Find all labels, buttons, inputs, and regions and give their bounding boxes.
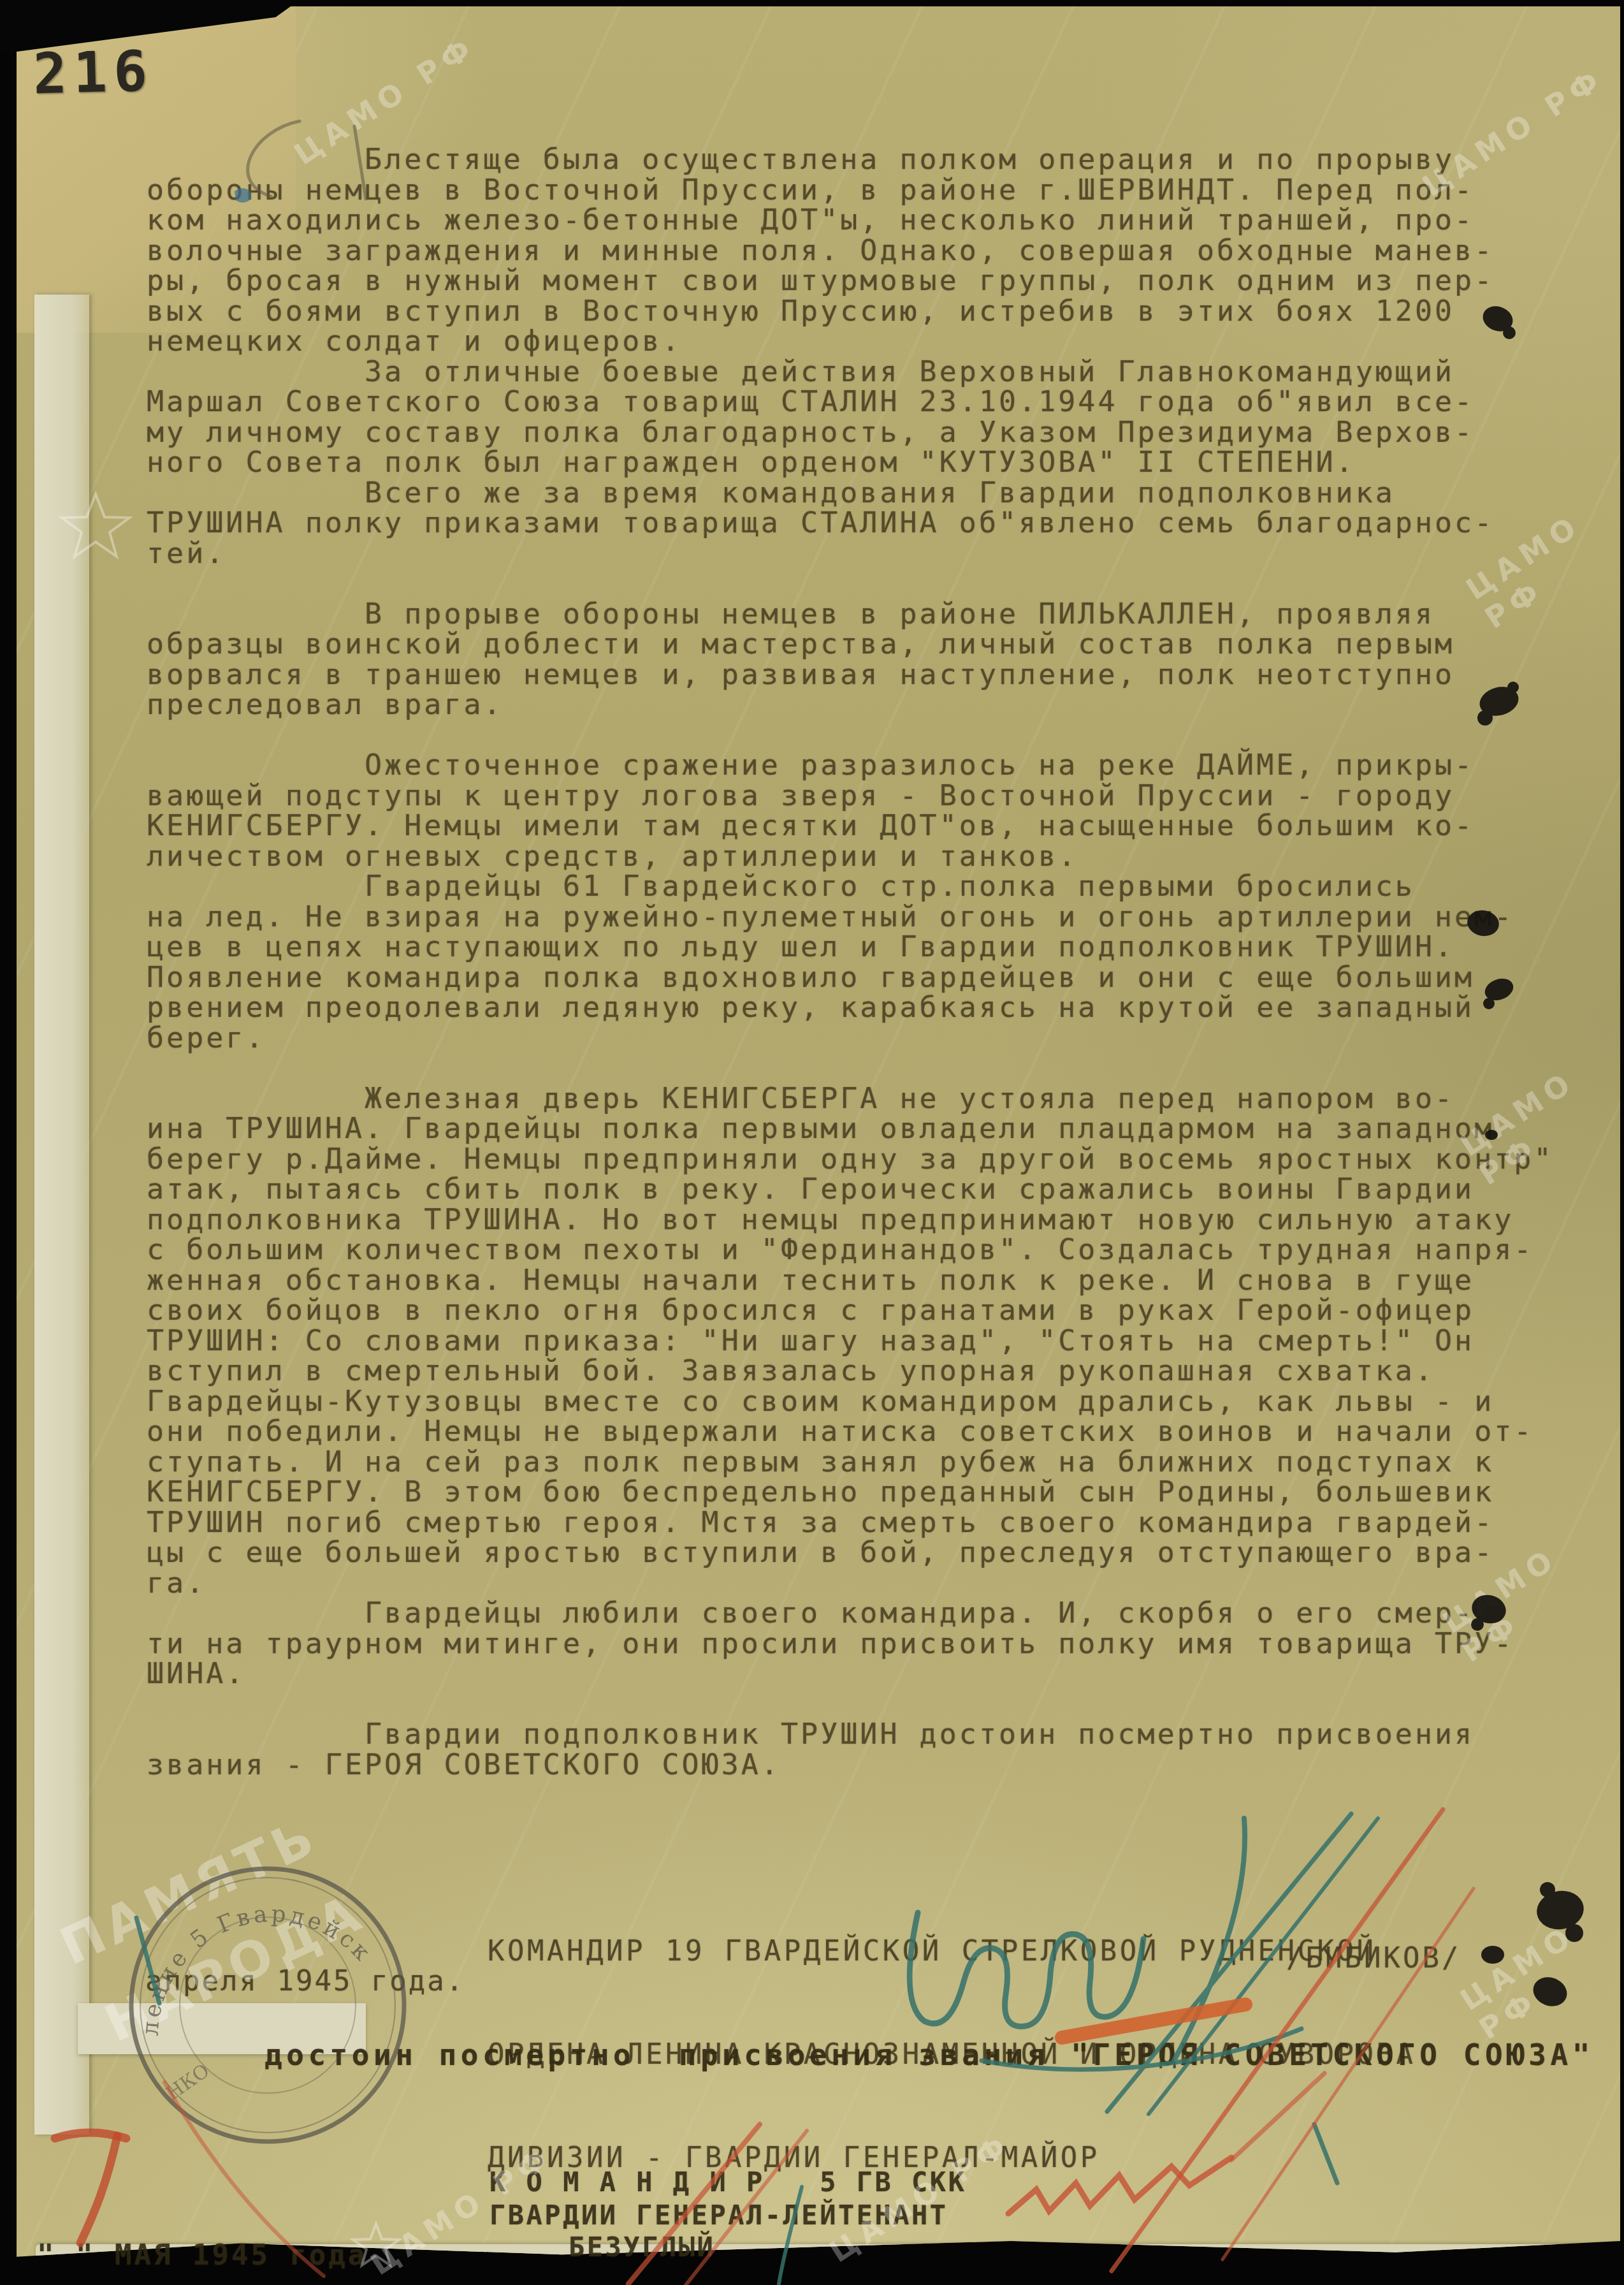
date-april-1945: апреля 1945 года. <box>145 1965 465 1997</box>
document-scan: 216 Блестяще была осуществлена полком оп… <box>0 0 1624 2285</box>
typed-line: женная обстановка. Немцы начали теснить … <box>147 1265 1536 1296</box>
typed-line: За отличные боевые действия Верховный Гл… <box>147 356 1536 387</box>
typed-line: ры, бросая в нужный момент свои штурмовы… <box>147 265 1536 296</box>
typed-line: с большим количеством пехоты и "Фердинан… <box>147 1234 1536 1265</box>
typed-line: Маршал Советского Союза товарищ СТАЛИН 2… <box>147 386 1536 417</box>
typed-line: они победили. Немцы не выдержали натиска… <box>147 1416 1536 1447</box>
typed-line: ина ТРУШИНА. Гвардейцы полка первыми овл… <box>147 1113 1536 1144</box>
signer-name-bibikov: /БИБИКОВ/ <box>1286 1942 1461 1975</box>
typed-line: ТРУШИНА полку приказами товарища СТАЛИНА… <box>147 507 1536 538</box>
typed-line: ТРУШИН: Со словами приказа: "Ни шагу наз… <box>147 1325 1536 1356</box>
typed-line: ворвался в траншею немцев и, развивая на… <box>147 659 1536 690</box>
typed-line: цы с еще большей яростью вступили в бой,… <box>147 1537 1536 1568</box>
typed-line: обороны немцев в Восточной Пруссии, в ра… <box>147 175 1536 205</box>
typed-line: берег. <box>147 1023 1536 1053</box>
commander-name-bezugly: БЕЗУГЛЫЙ <box>569 2231 715 2263</box>
typed-line: ти на траурном митинге, они просили прис… <box>147 1628 1536 1659</box>
typed-line: В прорыве обороны немцев в районе ПИЛЬКА… <box>147 599 1536 629</box>
typed-line: Гвардейцы 61 Гвардейского стр.полка перв… <box>147 871 1536 902</box>
commander-title-line: К О М А Н Д И Р 5 ГВ СКК <box>489 2166 966 2198</box>
typed-line: берегу р.Дайме. Немцы предприняли одну з… <box>147 1144 1536 1174</box>
typed-body-text: Блестяще была осуществлена полком операц… <box>147 144 1536 1779</box>
typed-line <box>147 1053 1536 1083</box>
typed-line: ТРУШИН погиб смертью героя. Мстя за смер… <box>147 1507 1536 1538</box>
typed-line <box>147 720 1536 750</box>
typed-line: КЕНИГСБЕРГУ. Немцы имели там десятки ДОТ… <box>147 810 1536 841</box>
typed-line: вающей подступы к центру логова зверя - … <box>147 780 1536 811</box>
typed-line: подполковника ТРУШИНА. Но вот немцы пред… <box>147 1204 1536 1235</box>
typed-line: на лед. Не взирая на ружейно-пулеметный … <box>147 902 1536 932</box>
typed-line: атак, пытаясь сбить полк в реку. Героиче… <box>147 1174 1536 1204</box>
typed-line: своих бойцов в пекло огня бросился с гра… <box>147 1295 1536 1325</box>
typed-line <box>147 1689 1536 1719</box>
typed-line: тей. <box>147 538 1536 569</box>
typed-line: вых с боями вступил в Восточную Пруссию,… <box>147 296 1536 326</box>
typed-line: вступил в смертельный бой. Завязалась уп… <box>147 1355 1536 1386</box>
typed-line <box>147 568 1536 599</box>
typed-line: Ожесточенное сражение разразилось на рек… <box>147 750 1536 780</box>
typed-line: ного Совета полк был награжден орденом "… <box>147 447 1536 478</box>
typed-line: му личному составу полка благодарность, … <box>147 417 1536 448</box>
signature-line-1: КОМАНДИР 19 ГВАРДЕЙСКОЙ СТРЕЛКОВОЙ РУДНЕ… <box>488 1934 1416 1969</box>
typed-line: образцы воинской доблести и мастерства, … <box>147 629 1536 659</box>
date-may-1945: " " МАЯ 1945 года <box>37 2239 367 2272</box>
typed-line: ступать. И на сей раз полк первым занял … <box>147 1447 1536 1477</box>
typed-line: Гвардии подполковник ТРУШИН достоин посм… <box>147 1719 1536 1749</box>
typed-line: Железная дверь КЕНИГСБЕРГА не устояла пе… <box>147 1083 1536 1114</box>
typed-line: волочные заграждения и минные поля. Одна… <box>147 235 1536 266</box>
typed-line: рвением преодолевали ледяную реку, караб… <box>147 992 1536 1023</box>
typed-line: немецких солдат и офицеров. <box>147 326 1536 356</box>
typed-line: га. <box>147 1568 1536 1598</box>
resolution-line: достоин посмертно присвоения звания "ГЕР… <box>265 2038 1594 2072</box>
typed-line: преследовал врага. <box>147 689 1536 720</box>
typed-line: Гвардейцы любили своего командира. И, ск… <box>147 1598 1536 1628</box>
typed-line: ком находились железо-бетонные ДОТ"ы, не… <box>147 205 1536 235</box>
typed-line: Гвардейцы-Кутузовцы вместе со своим кома… <box>147 1386 1536 1417</box>
typed-line: Появление командира полка вдохновило гва… <box>147 962 1536 993</box>
commander-rank-line: ГВАРДИИ ГЕНЕРАЛ-ЛЕЙТЕНАНТ <box>489 2200 948 2231</box>
typed-line: КЕНИГСБЕРГУ. В этом бою беспредельно пре… <box>147 1477 1536 1507</box>
typed-line: звания - ГЕРОЯ СОВЕТСКОГО СОЮЗА. <box>147 1749 1536 1780</box>
binding-tape-left <box>34 295 89 2135</box>
typed-line: цев в цепях наступающих по льду шел и Гв… <box>147 931 1536 962</box>
page-number-stamp: 216 <box>33 43 154 103</box>
typed-line: ШИНА. <box>147 1658 1536 1689</box>
typed-line: Всего же за время командования Гвардии п… <box>147 478 1536 508</box>
typed-line: Блестяще была осуществлена полком операц… <box>147 144 1536 175</box>
typed-line: личеством огневых средств, артиллерии и … <box>147 841 1536 872</box>
